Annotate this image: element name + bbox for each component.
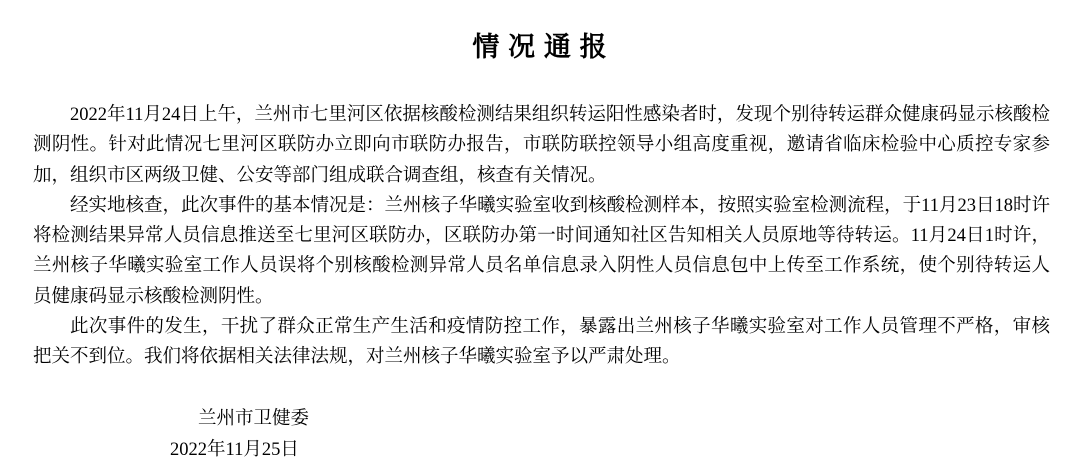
signature-author: 兰州市卫健委 xyxy=(33,404,1050,436)
page-title: 情 况 通 报 xyxy=(0,0,1080,64)
paragraph-investigation-findings: 经实地核查，此次事件的基本情况是：兰州核子华曦实验室收到核酸检测样本，按照实验室… xyxy=(33,191,1050,312)
document-body: 2022年11月24日上午，兰州市七里河区依据核酸检测结果组织转运阳性感染者时，… xyxy=(33,100,1050,467)
signature-date: 2022年11月25日 xyxy=(33,435,1050,467)
paragraph-incident-discovery: 2022年11月24日上午，兰州市七里河区依据核酸检测结果组织转运阳性感染者时，… xyxy=(33,100,1050,191)
notice-page: 情 况 通 报 2022年11月24日上午，兰州市七里河区依据核酸检测结果组织转… xyxy=(0,0,1080,476)
signature-block: 兰州市卫健委 2022年11月25日 xyxy=(33,404,1050,467)
paragraph-conclusion-measures: 此次事件的发生，干扰了群众正常生产生活和疫情防控工作，暴露出兰州核子华曦实验室对… xyxy=(33,312,1050,373)
